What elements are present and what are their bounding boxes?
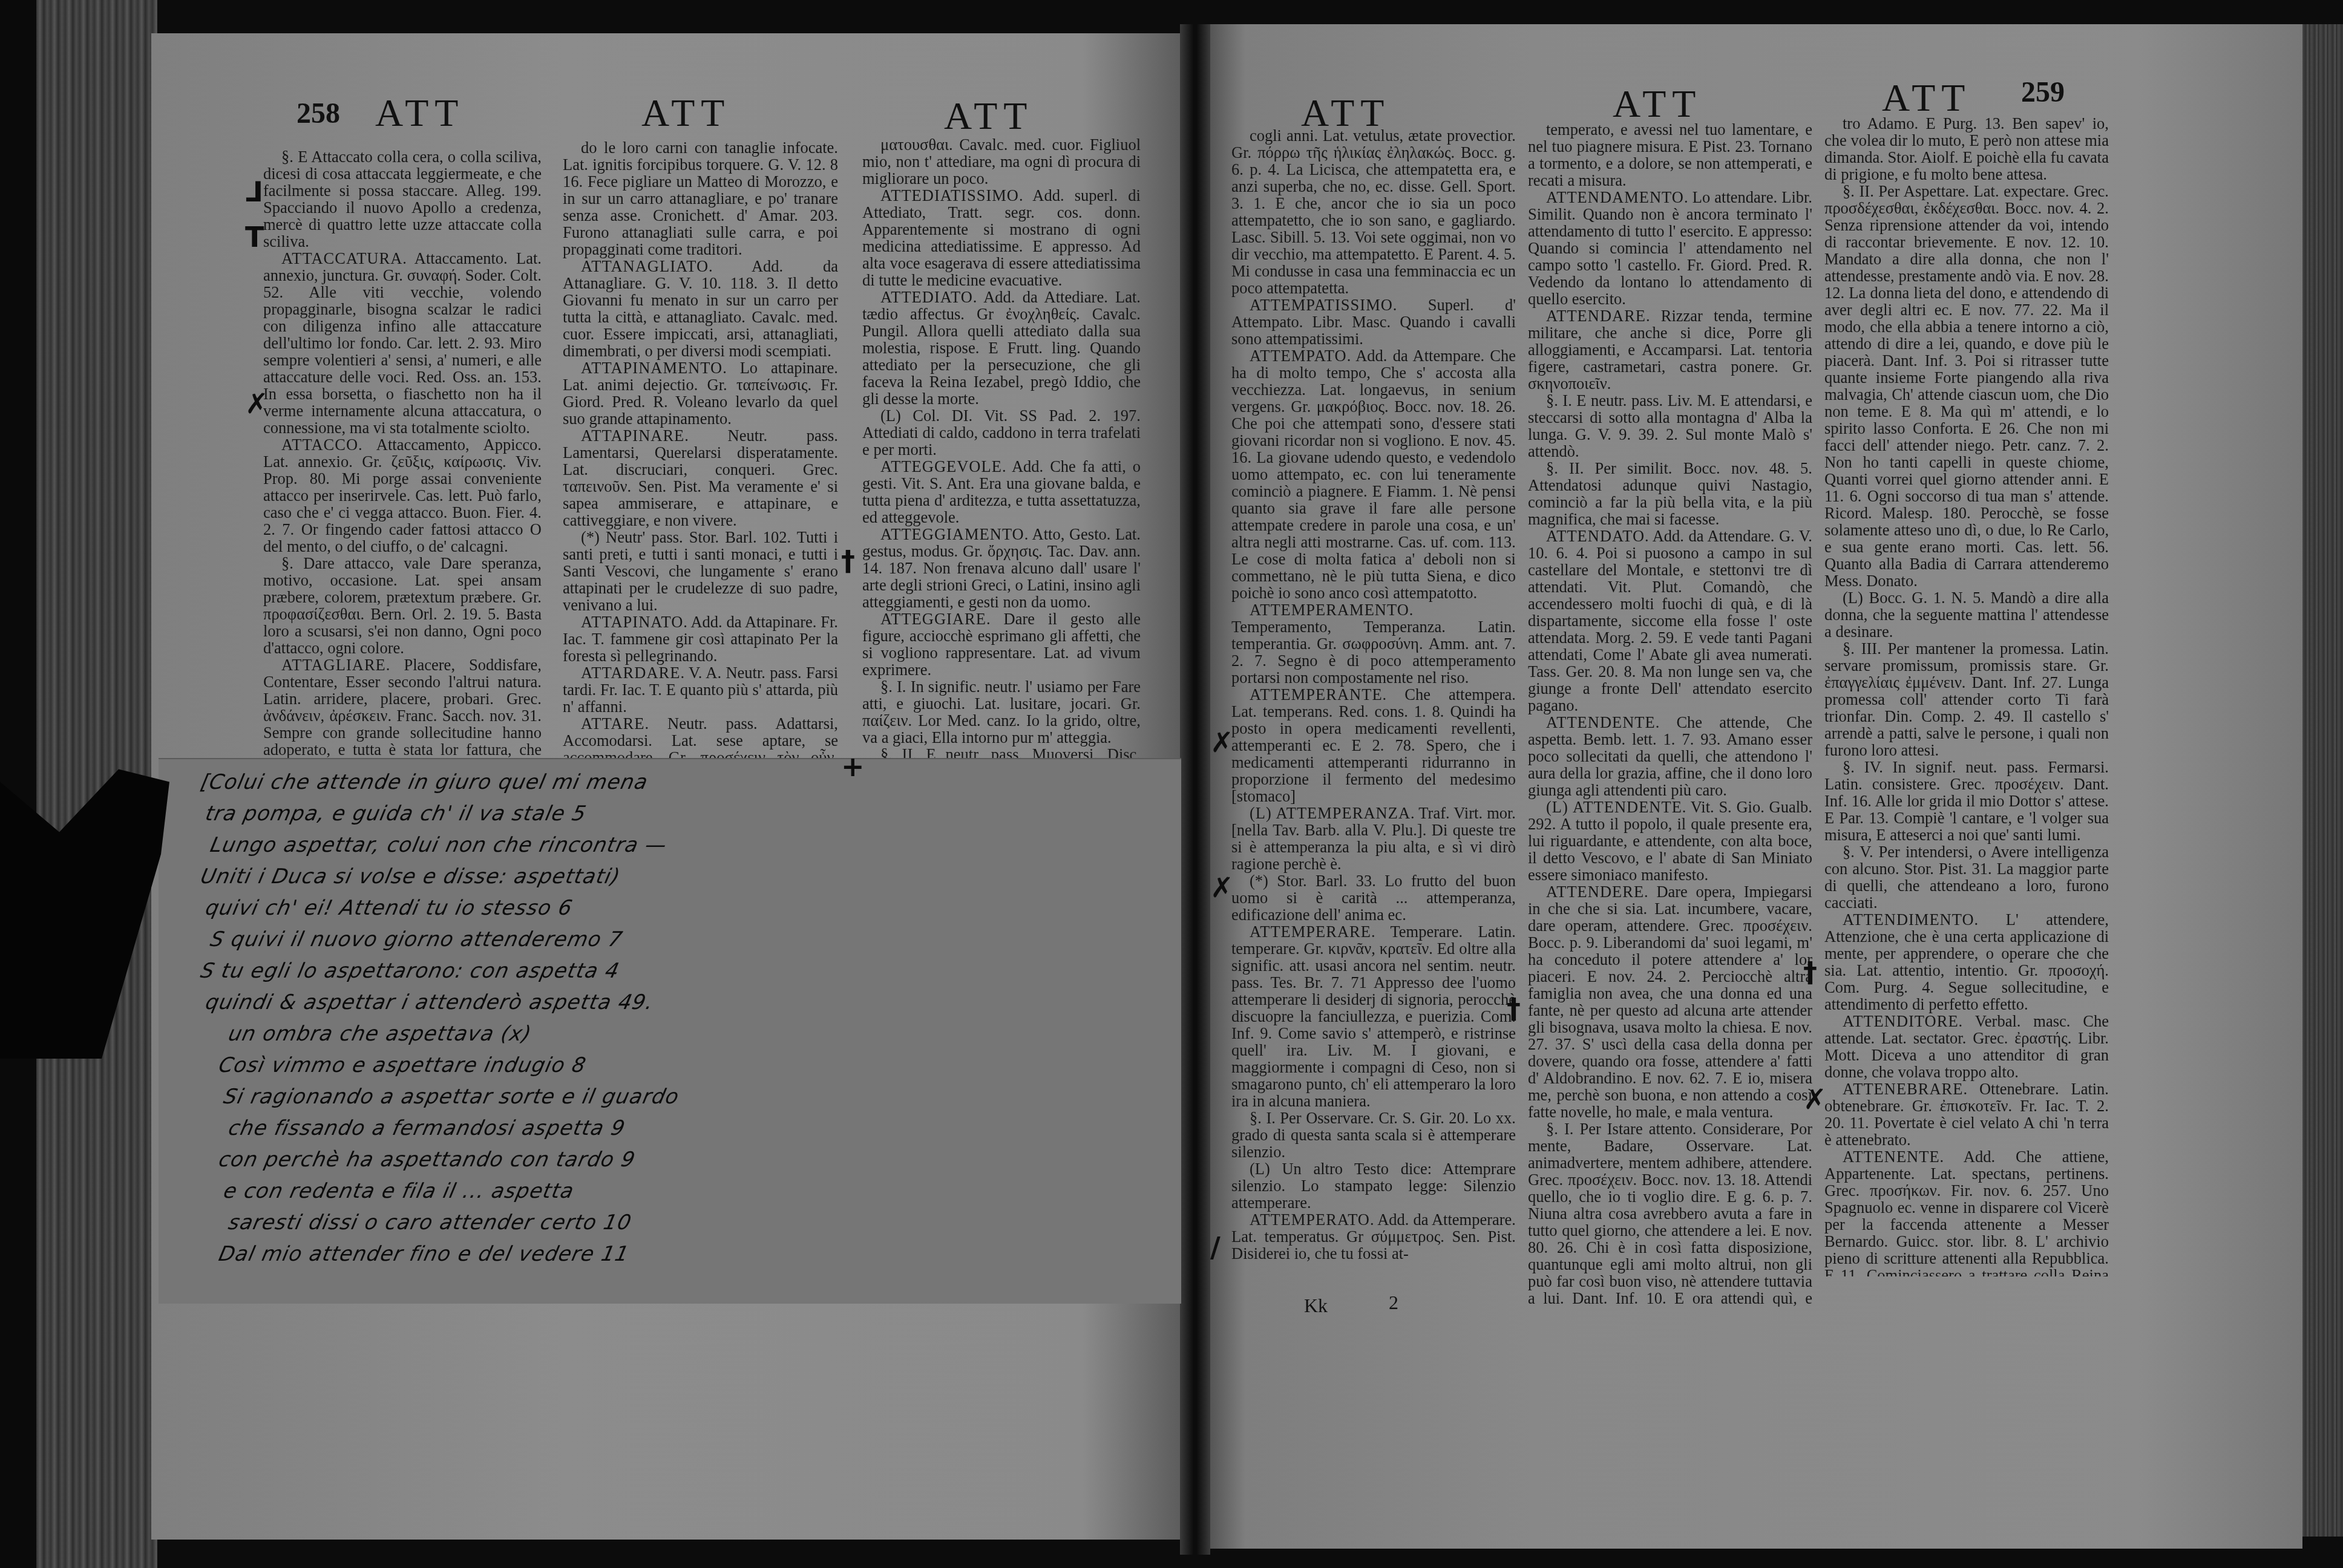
margin-cross-mark: ✗ <box>1210 871 1234 904</box>
entry-headword: (L) ATTENDENTE <box>1546 798 1682 816</box>
margin-tick-mark: ⅃ <box>245 175 263 208</box>
dictionary-entry: (L) ATTENDENTE. Vit. S. Gio. Gualb. 292.… <box>1528 799 1812 883</box>
handwritten-line: Lungo aspettar, colui non che rincontra … <box>208 833 669 857</box>
dictionary-entry: ATTAPINARE. Neutr. pass. Lamentarsi, Que… <box>563 427 838 529</box>
handwritten-line: Dal mio attender fino e del vedere 11 <box>217 1242 632 1266</box>
right-page-column-1: cogli anni. Lat. vetulus, ætate provecti… <box>1231 127 1516 1276</box>
dictionary-entry: ATTACCO. Attaccamento, Appicco. Lat. ann… <box>263 436 542 555</box>
entry-headword: ATTEDIATISSIMO <box>880 186 1019 204</box>
dictionary-paragraph: §. II. Per Aspettare. Lat. expectare. Gr… <box>1824 183 2109 589</box>
handwritten-line: saresti dissi o caro attender certo 10 <box>226 1210 634 1235</box>
entry-text: §. II. Per similit. Bocc. nov. 48. 5. At… <box>1528 459 1812 528</box>
handwritten-line: tra pompa, e guida ch' il va stale 5 <box>203 802 589 826</box>
handwritten-note-sheet: [Colui che attende in giuro quel mi mena… <box>159 759 1181 1304</box>
dictionary-entry: ATTENDITORE. Verbal. masc. Che attende. … <box>1824 1013 2109 1080</box>
handwritten-line: con perchè ha aspettando con tardo 9 <box>217 1148 638 1172</box>
dictionary-paragraph: §. E Attaccato colla cera, o colla scili… <box>263 148 542 250</box>
running-head: ATT <box>641 91 730 136</box>
signature-mark-number: 2 <box>1389 1292 1398 1314</box>
entry-text: . Add. da Attempare. Che ha di molto tem… <box>1231 347 1516 602</box>
entry-headword: (L) ATTEMPERANZA <box>1250 804 1411 822</box>
dictionary-paragraph: (*) Stor. Barl. 33. Lo frutto del buon u… <box>1231 872 1516 923</box>
entry-text: . Dare opera, Impiegarsi in che che si s… <box>1528 883 1812 1121</box>
entry-headword: ATTAPINATO <box>581 613 683 631</box>
entry-headword: ATTAGLIARE <box>281 656 386 674</box>
entry-text: (L) Bocc. G. 1. N. 5. Mandò a dire alla … <box>1824 589 2109 641</box>
entry-headword: ATTANAGLIATO <box>581 257 709 275</box>
dictionary-paragraph: §. Dare attacco, vale Dare speranza, mot… <box>263 555 542 656</box>
entry-text: . Add. Che attiene, Appartenente. Lat. s… <box>1824 1148 2109 1276</box>
entry-text: . Attaccamento. Lat. annexio, junctura. … <box>263 249 542 437</box>
dictionary-paragraph: §. III. Per mantener la promessa. Latin.… <box>1824 640 2109 759</box>
entry-headword: ATTENDARE <box>1546 307 1646 325</box>
book-gutter <box>1180 24 1210 1555</box>
entry-headword: ATTENDERE <box>1546 883 1644 901</box>
dictionary-entry: ATTEGGIARE. Dare il gesto alle figure, a… <box>862 610 1141 678</box>
dictionary-paragraph: cogli anni. Lat. vetulus, ætate provecti… <box>1231 127 1516 296</box>
dictionary-entry: ATTEMPERARE. Temperare. Latin. temperare… <box>1231 923 1516 1109</box>
entry-headword: ATTENDATO <box>1546 527 1645 545</box>
dictionary-paragraph: §. I. In signific. neutr. l' usiamo per … <box>862 678 1141 746</box>
entry-headword: ATTEMPERATO <box>1250 1210 1370 1229</box>
entry-text: ματουσθαι. Cavalc. med. cuor. Figliuol m… <box>862 136 1141 188</box>
entry-headword: ATTACCATURA <box>281 249 402 267</box>
entry-headword: ATTENDITORE <box>1843 1012 1959 1030</box>
entry-text: . Che attempera. Lat. temperans. Red. co… <box>1231 685 1516 805</box>
entry-text: §. I. Per Istare attento. Considerare, P… <box>1528 1120 1812 1307</box>
entry-headword: ATTENDENTE <box>1546 713 1656 731</box>
entry-text: (L) Col. DI. Vit. SS Pad. 2. 197. Attedi… <box>862 407 1141 459</box>
dictionary-paragraph: §. I. E neutr. pass. Liv. M. E attendars… <box>1528 392 1812 460</box>
entry-headword: ATTEGGIARE <box>880 610 986 628</box>
entry-headword: ATTARE <box>581 714 644 733</box>
dictionary-paragraph: §. IV. In signif. neut. pass. Fermarsi. … <box>1824 759 2109 843</box>
entry-text: §. V. Per intendersi, o Avere intelligen… <box>1824 843 2109 912</box>
running-head: ATT <box>1882 76 1971 120</box>
entry-headword: ATTEGGEVOLE <box>880 457 1002 475</box>
entry-text: do le loro carni con tanaglie infocate. … <box>563 139 838 258</box>
entry-headword: ATTENEBRARE <box>1843 1080 1963 1098</box>
entry-text: §. II. Per Aspettare. Lat. expectare. Gr… <box>1824 182 2109 590</box>
handwritten-line: che fissando a fermandosi aspetta 9 <box>226 1116 628 1140</box>
dictionary-paragraph: temperato, e avessi nel tuo lamentare, e… <box>1528 121 1812 189</box>
left-page-column-3: ματουσθαι. Cavalc. med. cuor. Figliuol m… <box>862 136 1141 765</box>
handwritten-line: quivi ch' ei! Attendi tu io stesso 6 <box>203 896 575 920</box>
margin-cross-mark: † <box>1803 956 1817 988</box>
dictionary-entry: ATTENEBRARE. Ottenebrare. Latin. obteneb… <box>1824 1080 2109 1148</box>
entry-headword: ATTEGGIAMENTO <box>880 525 1024 543</box>
dictionary-entry: ATTENDENTE. Che attende, Che aspetta. Be… <box>1528 714 1812 799</box>
entry-headword: ATTEMPATO <box>1250 347 1347 365</box>
entry-text: tro Adamo. E Purg. 13. Ben sapev' io, ch… <box>1824 115 2109 183</box>
dictionary-entry: ATTEGGEVOLE. Add. Che fa atti, o gesti. … <box>862 458 1141 526</box>
entry-headword: ATTAPINAMENTO <box>581 359 723 377</box>
dictionary-paragraph: tro Adamo. E Purg. 13. Ben sapev' io, ch… <box>1824 115 2109 183</box>
dictionary-entry: ATTENDERE. Dare opera, Impiegarsi in che… <box>1528 883 1812 1120</box>
dictionary-paragraph: do le loro carni con tanaglie infocate. … <box>563 139 838 258</box>
handwritten-line: quindi & aspettar i attenderò aspetta 49… <box>203 990 656 1014</box>
margin-cross-mark: † <box>841 544 855 577</box>
dictionary-paragraph: §. I. Per Istare attento. Considerare, P… <box>1528 1120 1812 1307</box>
entry-headword: ATTACCO <box>281 436 358 454</box>
dictionary-paragraph: §. II. Per similit. Bocc. nov. 48. 5. At… <box>1528 460 1812 528</box>
entry-headword: ATTEMPERARE <box>1250 923 1371 941</box>
entry-headword: ATTEMPERANTE <box>1250 685 1383 704</box>
dictionary-entry: ATTEMPERATO. Add. da Attemperare. Lat. t… <box>1231 1211 1516 1262</box>
dictionary-entry: ATTEDIATO. Add. da Attediare. Lat. tædio… <box>862 289 1141 407</box>
dictionary-paragraph: (L) Bocc. G. 1. N. 5. Mandò a dire alla … <box>1824 589 2109 640</box>
handwritten-line: S tu egli lo aspettarono: con aspetta 4 <box>198 959 622 983</box>
running-head: ATT <box>375 91 464 136</box>
dictionary-entry: ATTAPINAMENTO. Lo attapinare. Lat. animi… <box>563 359 838 427</box>
entry-text: temperato, e avessi nel tuo lamentare, e… <box>1528 121 1812 189</box>
dictionary-entry: ATTANAGLIATO. Add. da Attanagliare. G. V… <box>563 258 838 359</box>
margin-cross-mark: + <box>841 750 865 783</box>
entry-text: . Placere, Soddisfare, Contentare, Esser… <box>263 656 542 765</box>
entry-text: (*) Stor. Barl. 33. Lo frutto del buon u… <box>1231 872 1516 924</box>
dictionary-entry: ATTEMPATO. Add. da Attempare. Che ha di … <box>1231 347 1516 601</box>
book-edge-right <box>2299 24 2343 1537</box>
dictionary-paragraph: ματουσθαι. Cavalc. med. cuor. Figliuol m… <box>862 136 1141 187</box>
handwritten-line: Uniti i Duca si volse e disse: aspettati… <box>198 864 623 889</box>
page-number-left: 258 <box>297 97 340 130</box>
entry-text: §. Dare attacco, vale Dare speranza, mot… <box>263 554 542 657</box>
entry-headword: ATTEMPERAMENTO <box>1250 601 1409 619</box>
dictionary-paragraph: §. V. Per intendersi, o Avere intelligen… <box>1824 843 2109 911</box>
entry-text: . Add. da Attendare. G. V. 10. 6. 4. Poi… <box>1528 527 1812 714</box>
running-head: ATT <box>944 94 1033 139</box>
margin-cross-mark: ✗ <box>245 387 269 420</box>
entry-headword: ATTEMPATISSIMO <box>1250 296 1393 314</box>
entry-headword: ATTEDIATO <box>880 288 973 306</box>
dictionary-entry: ATTACCATURA. Attaccamento. Lat. annexio,… <box>263 250 542 436</box>
entry-text: cogli anni. Lat. vetulus, ætate provecti… <box>1231 127 1516 297</box>
handwritten-line: [Colui che attende in giuro quel mi mena <box>198 770 650 794</box>
entry-text: §. IV. In signif. neut. pass. Fermarsi. … <box>1824 758 2109 844</box>
entry-text: §. III. Per mantener la promessa. Latin.… <box>1824 639 2109 759</box>
margin-cross-mark: ✗ <box>1210 726 1234 759</box>
right-page-column-3: tro Adamo. E Purg. 13. Ben sapev' io, ch… <box>1824 115 2109 1276</box>
entry-text: §. E Attaccato colla cera, o colla scili… <box>263 148 542 250</box>
margin-tick-mark: T <box>245 221 264 253</box>
dictionary-paragraph: (L) Col. DI. Vit. SS Pad. 2. 197. Attedi… <box>862 407 1141 458</box>
dictionary-entry: ATTAPINATO. Add. da Attapinare. Fr. Iac.… <box>563 613 838 664</box>
handwritten-line: e con redenta e fila il ... aspetta <box>221 1179 577 1203</box>
dictionary-entry: ATTEMPERANTE. Che attempera. Lat. temper… <box>1231 686 1516 805</box>
handwritten-line: Così vimmo e aspettare indugio 8 <box>217 1053 589 1077</box>
entry-text: (*) Neutr' pass. Stor. Barl. 102. Tutti … <box>563 528 838 614</box>
right-page-column-2: temperato, e avessi nel tuo lamentare, e… <box>1528 121 1812 1307</box>
dictionary-entry: ATTENENTE. Add. Che attiene, Appartenent… <box>1824 1148 2109 1276</box>
entry-text: (L) Un altro Testo dice: Attemprare sile… <box>1231 1160 1516 1212</box>
dictionary-entry: ATTENDATO. Add. da Attendare. G. V. 10. … <box>1528 528 1812 714</box>
running-head: ATT <box>1613 82 1702 126</box>
margin-cross-mark: ✗ <box>1803 1083 1827 1116</box>
left-page-column-2: do le loro carni con tanaglie infocate. … <box>563 139 838 765</box>
handwritten-line: Si ragionando a aspettar sorte e il guar… <box>221 1085 681 1109</box>
dictionary-entry: ATTEMPERAMENTO. Temperamento, Temperanza… <box>1231 601 1516 686</box>
entry-headword: ATTENDIMENTO <box>1843 910 1974 929</box>
dictionary-entry: ATTARE. Neutr. pass. Adattarsi, Accomoda… <box>563 715 838 765</box>
dictionary-paragraph: §. I. Per Osservare. Cr. S. Gir. 20. Lo … <box>1231 1109 1516 1160</box>
entry-text: . Attaccamento, Appicco. Lat. annexio. G… <box>263 436 542 555</box>
entry-headword: ATTARDARE <box>581 664 680 682</box>
dictionary-paragraph: (L) Un altro Testo dice: Attemprare sile… <box>1231 1160 1516 1211</box>
dictionary-entry: ATTENDAMENTO. Lo attendare. Libr. Simili… <box>1528 189 1812 307</box>
entry-headword: ATTAPINARE <box>581 426 684 445</box>
entry-text: . Temperare. Latin. temperare. Gr. κιρνᾶ… <box>1231 923 1516 1110</box>
entry-text: . Lo attendare. Libr. Similit. Quando no… <box>1528 188 1812 308</box>
entry-text: §. I. In signific. neutr. l' usiamo per … <box>862 678 1141 746</box>
entry-text: §. I. E neutr. pass. Liv. M. E attendars… <box>1528 391 1812 460</box>
dictionary-entry: (L) ATTEMPERANZA. Traf. Virt. mor. [nell… <box>1231 805 1516 872</box>
dictionary-entry: ATTARDARE. V. A. Neutr. pass. Farsi tard… <box>563 664 838 715</box>
handwritten-line: un ombra che aspettava (x) <box>226 1022 534 1046</box>
dictionary-entry: ATTEGGIAMENTO. Atto, Gesto. Lat. gestus,… <box>862 526 1141 610</box>
entry-headword: ATTENDAMENTO <box>1546 188 1684 206</box>
entry-text: . Add. da Attediare. Lat. tædio affectus… <box>862 288 1141 408</box>
entry-text: §. I. Per Osservare. Cr. S. Gir. 20. Lo … <box>1231 1109 1516 1161</box>
signature-mark-letters: Kk <box>1304 1295 1328 1317</box>
entry-headword: ATTENENTE <box>1843 1148 1940 1166</box>
dictionary-entry: ATTENDIMENTO. L' attendere, Attenzione, … <box>1824 911 2109 1013</box>
dictionary-entry: ATTEDIATISSIMO. Add. superl. di Attediat… <box>862 187 1141 289</box>
dictionary-entry: ATTENDARE. Rizzar tenda, termine militar… <box>1528 307 1812 392</box>
dictionary-entry: ATTEMPATISSIMO. Superl. d' Attempato. Li… <box>1231 296 1516 347</box>
margin-cross-mark: † <box>1507 992 1521 1025</box>
page-number-right: 259 <box>2021 76 2065 109</box>
left-page-column-1: §. E Attaccato colla cera, o colla scili… <box>263 148 542 765</box>
dictionary-entry: ATTAGLIARE. Placere, Soddisfare, Content… <box>263 656 542 765</box>
margin-tick-mark: / <box>1210 1231 1221 1264</box>
dictionary-paragraph: (*) Neutr' pass. Stor. Barl. 102. Tutti … <box>563 529 838 613</box>
handwritten-line: S quivi il nuovo giorno attenderemo 7 <box>208 927 625 952</box>
